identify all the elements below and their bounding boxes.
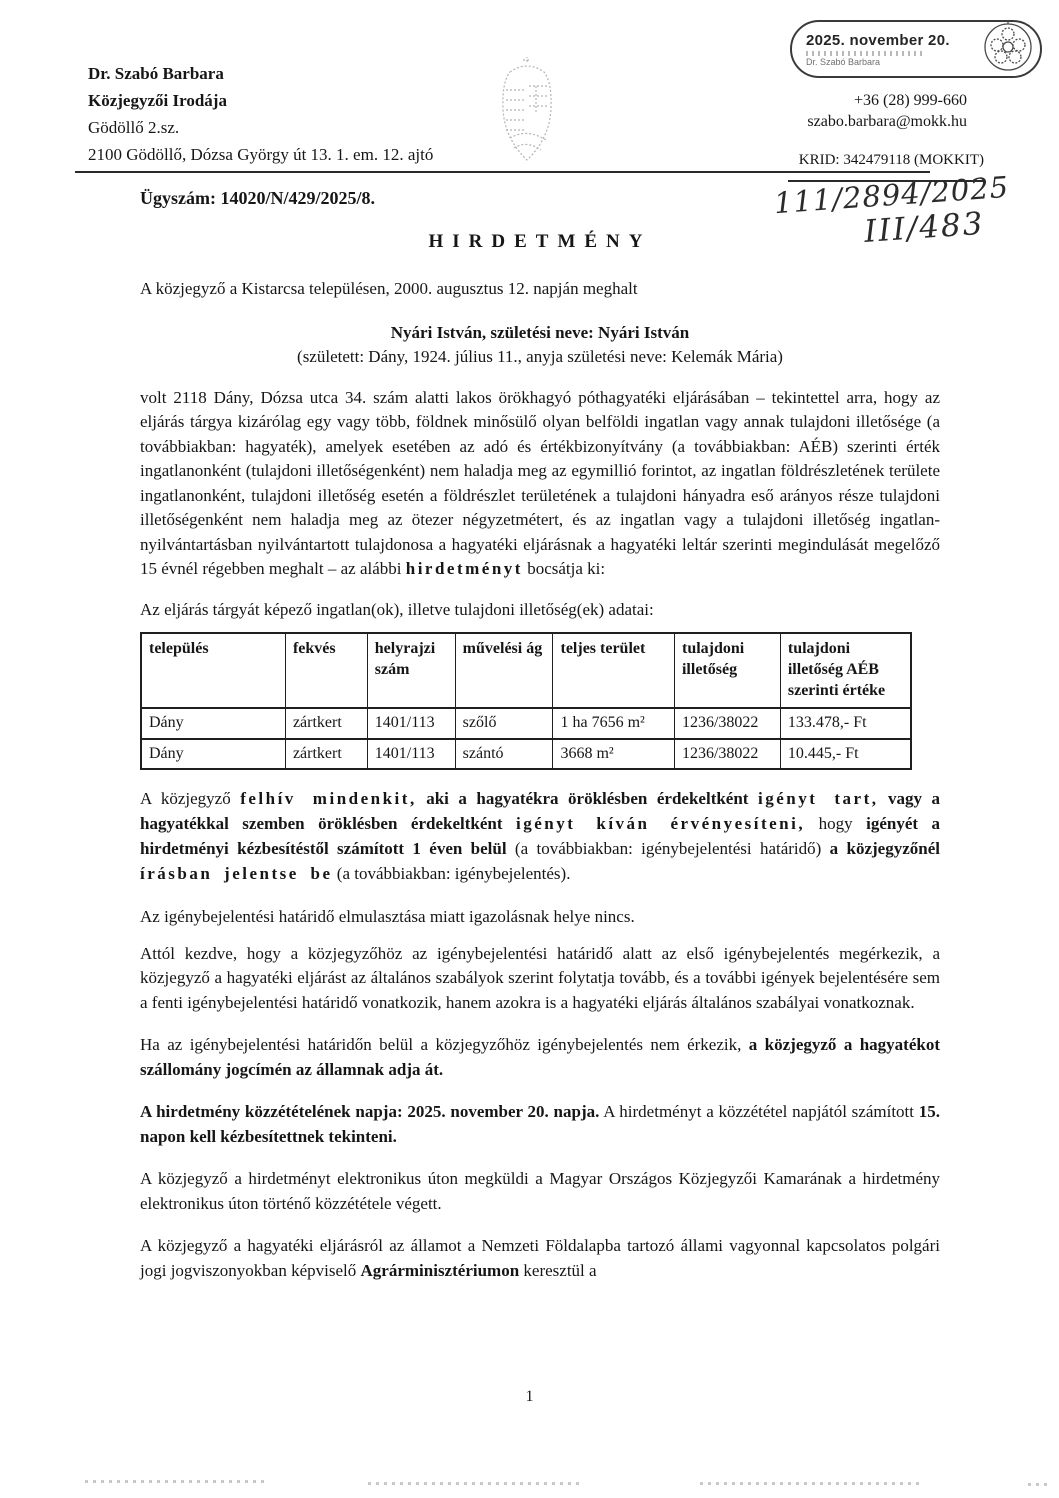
table-header-row: település fekvés helyrajzi szám művelési… (141, 633, 911, 708)
agrar-seg: keresztül a (519, 1261, 596, 1280)
cell-total-area: 3668 m² (553, 739, 675, 770)
agrar-ministry-emph: Agrárminisztériumon (361, 1261, 520, 1280)
cell-parcel-number: 1401/113 (367, 739, 455, 770)
main-paragraph-text: volt 2118 Dány, Dózsa utca 34. szám alat… (140, 388, 940, 579)
stamp-faint-line (806, 51, 926, 56)
scan-artifact (700, 1482, 920, 1485)
col-header-cultivation: művelési ág (455, 633, 553, 708)
property-table: település fekvés helyrajzi szám művelési… (140, 632, 912, 770)
cell-location: zártkert (285, 739, 367, 770)
notary-office-title: Közjegyzői Irodája (88, 87, 433, 114)
case-number: Ügyszám: 14020/N/429/2025/8. (140, 186, 940, 211)
document-title: HIRDETMÉNY (140, 230, 940, 255)
call-paragraph: A közjegyző felhív mindenkit, aki a hagy… (140, 786, 940, 886)
scan-artifact (85, 1480, 265, 1483)
publish-date-emph: A hirdetmény közzétételének napja: 2025.… (140, 1102, 599, 1121)
call-seg-emph: igényt kíván érvényesíteni, (516, 814, 805, 833)
col-header-ownership-share: tulajdoni illetőség (674, 633, 780, 708)
state-seg: Ha az igénybejelentési határidőn belül a… (140, 1035, 749, 1054)
main-paragraph-emph: hirdetményt (406, 559, 523, 578)
publish-paragraph: A hirdetmény közzétételének napja: 2025.… (140, 1100, 940, 1149)
scanned-document-page: Dr. Szabó Barbara Közjegyzői Irodája Göd… (0, 0, 1059, 1498)
document-body: Ügyszám: 14020/N/429/2025/8. HIRDETMÉNY … (140, 182, 940, 1283)
notary-name: Dr. Szabó Barbara (88, 60, 433, 87)
call-seg: hogy (805, 814, 866, 833)
main-paragraph-end: bocsátja ki: (523, 559, 605, 578)
notary-address: 2100 Gödöllő, Dózsa György út 13. 1. em.… (88, 141, 433, 168)
cell-total-area: 1 ha 7656 m² (553, 708, 675, 739)
deceased-birth-line: (született: Dány, 1924. július 11., anyj… (140, 345, 940, 370)
process-paragraph: Attól kezdve, hogy a közjegyzőhöz az igé… (140, 942, 940, 1016)
coat-of-arms-icon (496, 56, 558, 169)
call-seg: (a továbbiakban: igénybejelentés). (333, 864, 571, 883)
call-seg: A közjegyző (140, 789, 240, 808)
publish-seg: A hirdetményt a közzététel napjától szám… (599, 1102, 918, 1121)
deceased-name-line: Nyári István, születési neve: Nyári Istv… (140, 321, 940, 346)
main-paragraph: volt 2118 Dány, Dózsa utca 34. szám alat… (140, 386, 940, 582)
cell-cultivation: szőlő (455, 708, 553, 739)
cell-location: zártkert (285, 708, 367, 739)
scan-artifact (1028, 1483, 1048, 1486)
email-address: szabo.barbara@mokk.hu (807, 113, 967, 131)
cell-ownership-share: 1236/38022 (674, 708, 780, 739)
phone-number: +36 (28) 999-660 (854, 92, 967, 110)
call-seg: aki a hagyatékra öröklésben érdekeltként (417, 789, 758, 808)
cell-settlement: Dány (141, 739, 285, 770)
kamara-paragraph: A közjegyző a hirdetményt elektronikus ú… (140, 1167, 940, 1216)
call-seg: a közjegyzőnél (830, 839, 940, 858)
stamp-signer-name: Dr. Szabó Barbara (806, 57, 978, 67)
call-seg-emph: felhív mindenkit, (240, 789, 417, 808)
notary-office-block: Dr. Szabó Barbara Közjegyzői Irodája Göd… (88, 60, 433, 168)
cell-settlement: Dány (141, 708, 285, 739)
page-number: 1 (0, 1388, 1059, 1406)
table-caption: Az eljárás tárgyát képező ingatlan(ok), … (140, 598, 940, 623)
notary-office-number: Gödöllő 2.sz. (88, 114, 433, 141)
col-header-settlement: település (141, 633, 285, 708)
col-header-aeb-value: tulajdoni illetőség AÉB szerinti értéke (780, 633, 911, 708)
call-seg-emph: igényt tart, (758, 789, 879, 808)
table-row: Dány zártkert 1401/113 szántó 3668 m² 12… (141, 739, 911, 770)
state-paragraph: Ha az igénybejelentési határidőn belül a… (140, 1033, 940, 1082)
col-header-location: fekvés (285, 633, 367, 708)
cell-ownership-share: 1236/38022 (674, 739, 780, 770)
date-stamp: 2025. november 20. Dr. Szabó Barbara (790, 20, 1042, 78)
intro-paragraph: A közjegyző a Kistarcsa településen, 200… (140, 277, 940, 302)
krid-identifier: KRID: 342479118 (MOKKIT) (799, 152, 984, 169)
stamp-date: 2025. november 20. (806, 32, 978, 49)
call-seg: (a továbbiakban: igénybejelentési határi… (507, 839, 830, 858)
agrar-paragraph: A közjegyző a hagyatéki eljárásról az ál… (140, 1234, 940, 1283)
table-row: Dány zártkert 1401/113 szőlő 1 ha 7656 m… (141, 708, 911, 739)
cell-aeb-value: 133.478,- Ft (780, 708, 911, 739)
seal-icon (982, 21, 1034, 78)
col-header-total-area: teljes terület (553, 633, 675, 708)
call-seg-emph: írásban jelentse be (140, 864, 333, 883)
cell-cultivation: szántó (455, 739, 553, 770)
date-stamp-text: 2025. november 20. Dr. Szabó Barbara (792, 28, 982, 71)
header-divider (75, 171, 930, 173)
scan-artifact (368, 1482, 583, 1485)
cell-aeb-value: 10.445,- Ft (780, 739, 911, 770)
cell-parcel-number: 1401/113 (367, 708, 455, 739)
deadline-paragraph: Az igénybejelentési határidő elmulasztás… (140, 905, 940, 930)
col-header-parcel-number: helyrajzi szám (367, 633, 455, 708)
